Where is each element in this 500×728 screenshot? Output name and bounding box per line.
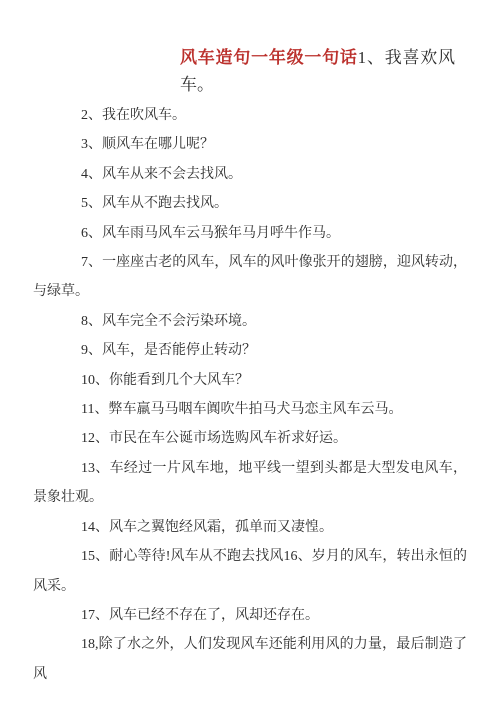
document-title: 风车造句一年级一句话 (180, 48, 358, 67)
sentence-list: 2、我在吹风车。 3、顺风车在哪儿呢？ 4、风车从来不会去找风。 5、风车从不跑… (0, 101, 500, 689)
sentence-4: 4、风车从来不会去找风。 (33, 160, 467, 189)
sentence-8: 8、风车完全不会污染环境。 (33, 307, 467, 336)
sentence-7: 7、一座座古老的风车，风车的风叶像张开的翅膀，迎风转动，与绿草。 (33, 248, 467, 307)
sentence-11: 11、弊车羸马马咽车阗吹牛拍马犬马恋主风车云马。 (33, 395, 467, 424)
sentence-5: 5、风车从不跑去找风。 (33, 189, 467, 218)
sentence-14: 14、风车之翼饱经风霜，孤单而又凄惶。 (33, 513, 467, 542)
document-page: 风车造句一年级一句话1、我喜欢风车。 2、我在吹风车。 3、顺风车在哪儿呢？ 4… (0, 0, 500, 728)
sentence-18: 18,除了水之外，人们发现风车还能利用风的力量，最后制造了风 (33, 630, 467, 689)
title-paragraph: 风车造句一年级一句话1、我喜欢风车。 (0, 0, 500, 98)
sentence-10: 10、你能看到几个大风车？ (33, 366, 467, 395)
sentence-12: 12、市民在车公诞市场选购风车祈求好运。 (33, 424, 467, 453)
sentence-15-16: 15、耐心等待!风车从不跑去找风16、岁月的风车，转出永恒的风采。 (33, 542, 467, 601)
sentence-3: 3、顺风车在哪儿呢？ (33, 130, 467, 159)
sentence-9: 9、风车，是否能停止转动？ (33, 336, 467, 365)
sentence-2: 2、我在吹风车。 (33, 101, 467, 130)
sentence-17: 17、风车已经不存在了，风却还存在。 (33, 601, 467, 630)
sentence-13: 13、车经过一片风车地，地平线一望到头都是大型发电风车，景象壮观。 (33, 454, 467, 513)
sentence-6: 6、风车雨马风车云马猴年马月呼牛作马。 (33, 219, 467, 248)
